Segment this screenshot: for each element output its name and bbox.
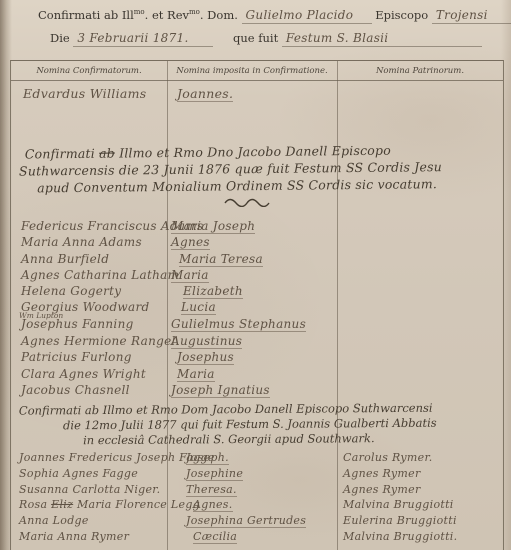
confirmand-name: Agnes Catharina Latham <box>21 268 179 282</box>
imposed-name: Theresa. <box>186 483 237 497</box>
confirmation-note-1877: Confirmati ab Illmo et Rmo Dom Jacobo Da… <box>19 400 489 448</box>
confirmand-name: Rosa Eliz Maria Florence Legg <box>19 498 200 511</box>
printed-que-fuit: que fuit <box>233 31 278 45</box>
imposed-name: Augustinus <box>171 334 242 349</box>
table-row: Joannes Fredericus Joseph FaggeJoseph.Ca… <box>11 451 503 467</box>
confirmand-name: Helena Gogerty <box>21 284 121 298</box>
table-row: Maria Anna RymerCæciliaMalvina Bruggiott… <box>11 530 503 546</box>
confirmand-name: Maria Anna Adams <box>21 235 142 249</box>
column-header-patrinorum: Nomina Patrinorum. <box>337 61 503 80</box>
confirmand-name: Anna Burfield <box>21 252 109 266</box>
struck-word: Eliz <box>51 498 73 511</box>
printed-die: Die <box>50 31 70 45</box>
table-row: Patricius FurlongJosephus <box>11 350 503 366</box>
confirmand-name: Edvardus Williams <box>23 86 147 101</box>
confirmand-name: Susanna Carlotta Niger. <box>19 483 160 496</box>
register-table: Nomina Confirmatorum. Nomina imposita in… <box>10 60 504 550</box>
imposed-name: Agnes <box>171 235 210 250</box>
table-row: Georgius WoodwardLucia <box>11 300 503 316</box>
patron-name: Agnes Rymer <box>343 483 421 496</box>
confirmand-list-1876: Federicus Franciscus AdamsMaria Joseph M… <box>11 219 503 399</box>
table-row: Susanna Carlotta Niger.Theresa.Agnes Rym… <box>11 483 503 499</box>
confirmation-note-1876: Confirmati ab Illmo et Rmo Dno Jacobo Da… <box>25 140 504 196</box>
confirmand-name: Anna Lodge <box>19 514 89 527</box>
imposed-name: Agnes. <box>193 498 233 512</box>
confirmand-list-1877: Joannes Fredericus Joseph FaggeJoseph.Ca… <box>11 451 503 546</box>
imposed-name: Gulielmus Stephanus <box>171 317 306 332</box>
confirmand-name: Agnes Hermione Rangel <box>21 334 176 348</box>
handwritten-bishop-name: Gulielmo Placido <box>242 8 372 24</box>
confirmand-name: Patricius Furlong <box>21 350 132 364</box>
table-row: Sophia Agnes FaggeJosephineAgnes Rymer <box>11 467 503 483</box>
register-page: Confirmati ab Illmo. et Revmo. Dom. Guli… <box>0 0 511 550</box>
imposed-name: Maria <box>177 367 215 382</box>
column-header-confirmatorum: Nomina Confirmatorum. <box>11 61 167 80</box>
printed-text: Confirmati ab Illmo. et Revmo. Dom. <box>38 8 238 22</box>
patron-name: Eulerina Bruggiotti <box>343 514 457 527</box>
header-line-1: Confirmati ab Illmo. et Revmo. Dom. Guli… <box>38 8 505 24</box>
patron-name: Agnes Rymer <box>343 467 421 480</box>
table-row: Clara Agnes WrightMaria <box>11 367 503 383</box>
table-row: Agnes Hermione RangelAugustinus <box>11 334 503 350</box>
table-row: Federicus Franciscus AdamsMaria Joseph <box>11 219 503 235</box>
table-row: Maria Anna AdamsAgnes <box>11 235 503 251</box>
confirmand-name: Josephus Fanning <box>21 317 134 331</box>
handwritten-date: 3 Februarii 1871. <box>73 31 213 47</box>
imposed-name: Joseph Ignatius <box>171 383 270 398</box>
table-header-row: Nomina Confirmatorum. Nomina imposita in… <box>11 61 503 81</box>
imposed-name: Joannes. <box>177 86 233 102</box>
imposed-name: Josephina Gertrudes <box>186 514 306 528</box>
printed-episcopo: Episcopo <box>375 8 428 22</box>
confirmand-name: Clara Agnes Wright <box>21 367 146 381</box>
imposed-name: Josephine <box>186 467 243 481</box>
pen-flourish <box>223 197 273 207</box>
patron-name: Malvina Bruggiotti. <box>343 530 457 543</box>
imposed-name: Lucia <box>181 300 216 315</box>
imposed-name: Elizabeth <box>183 284 243 299</box>
table-row: Jacobus ChasnellJoseph Ignatius <box>11 383 503 399</box>
imposed-name: Maria Teresa <box>179 252 263 267</box>
table-row: Helena GogertyElizabeth <box>11 284 503 300</box>
handwritten-see: Trojensi <box>432 8 511 24</box>
confirmand-name: Sophia Agnes Fagge <box>19 467 138 480</box>
column-header-imposita: Nomina imposita in Confirmatione. <box>167 61 337 80</box>
table-row: Rosa Eliz Maria Florence LeggAgnes.Malvi… <box>11 498 503 514</box>
table-row: Edvardus Williams Joannes. <box>11 86 503 104</box>
confirmand-name: Jacobus Chasnell <box>21 383 130 397</box>
table-row: Wm LuptonJosephus FanningGulielmus Steph… <box>11 317 503 335</box>
patron-name: Carolus Rymer. <box>343 451 433 464</box>
imposed-name: Joseph. <box>186 451 229 465</box>
struck-word: ab <box>99 146 115 161</box>
table-row: Anna BurfieldMaria Teresa <box>11 252 503 268</box>
header-line-2: Die 3 Februarii 1871. que fuit Festum S.… <box>50 31 505 47</box>
imposed-name: Cæcilia <box>193 530 237 544</box>
confirmand-name: Maria Anna Rymer <box>19 530 129 543</box>
page-header: Confirmati ab Illmo. et Revmo. Dom. Guli… <box>12 8 505 47</box>
table-row: Anna LodgeJosephina GertrudesEulerina Br… <box>11 514 503 530</box>
imposed-name: Josephus <box>177 350 234 365</box>
table-row: Agnes Catharina LathamMaria <box>11 268 503 284</box>
patron-name: Malvina Bruggiotti <box>343 498 454 511</box>
imposed-name: Maria Joseph <box>171 219 255 234</box>
imposed-name: Maria <box>171 268 209 283</box>
handwritten-feast: Festum S. Blasii <box>282 31 482 47</box>
